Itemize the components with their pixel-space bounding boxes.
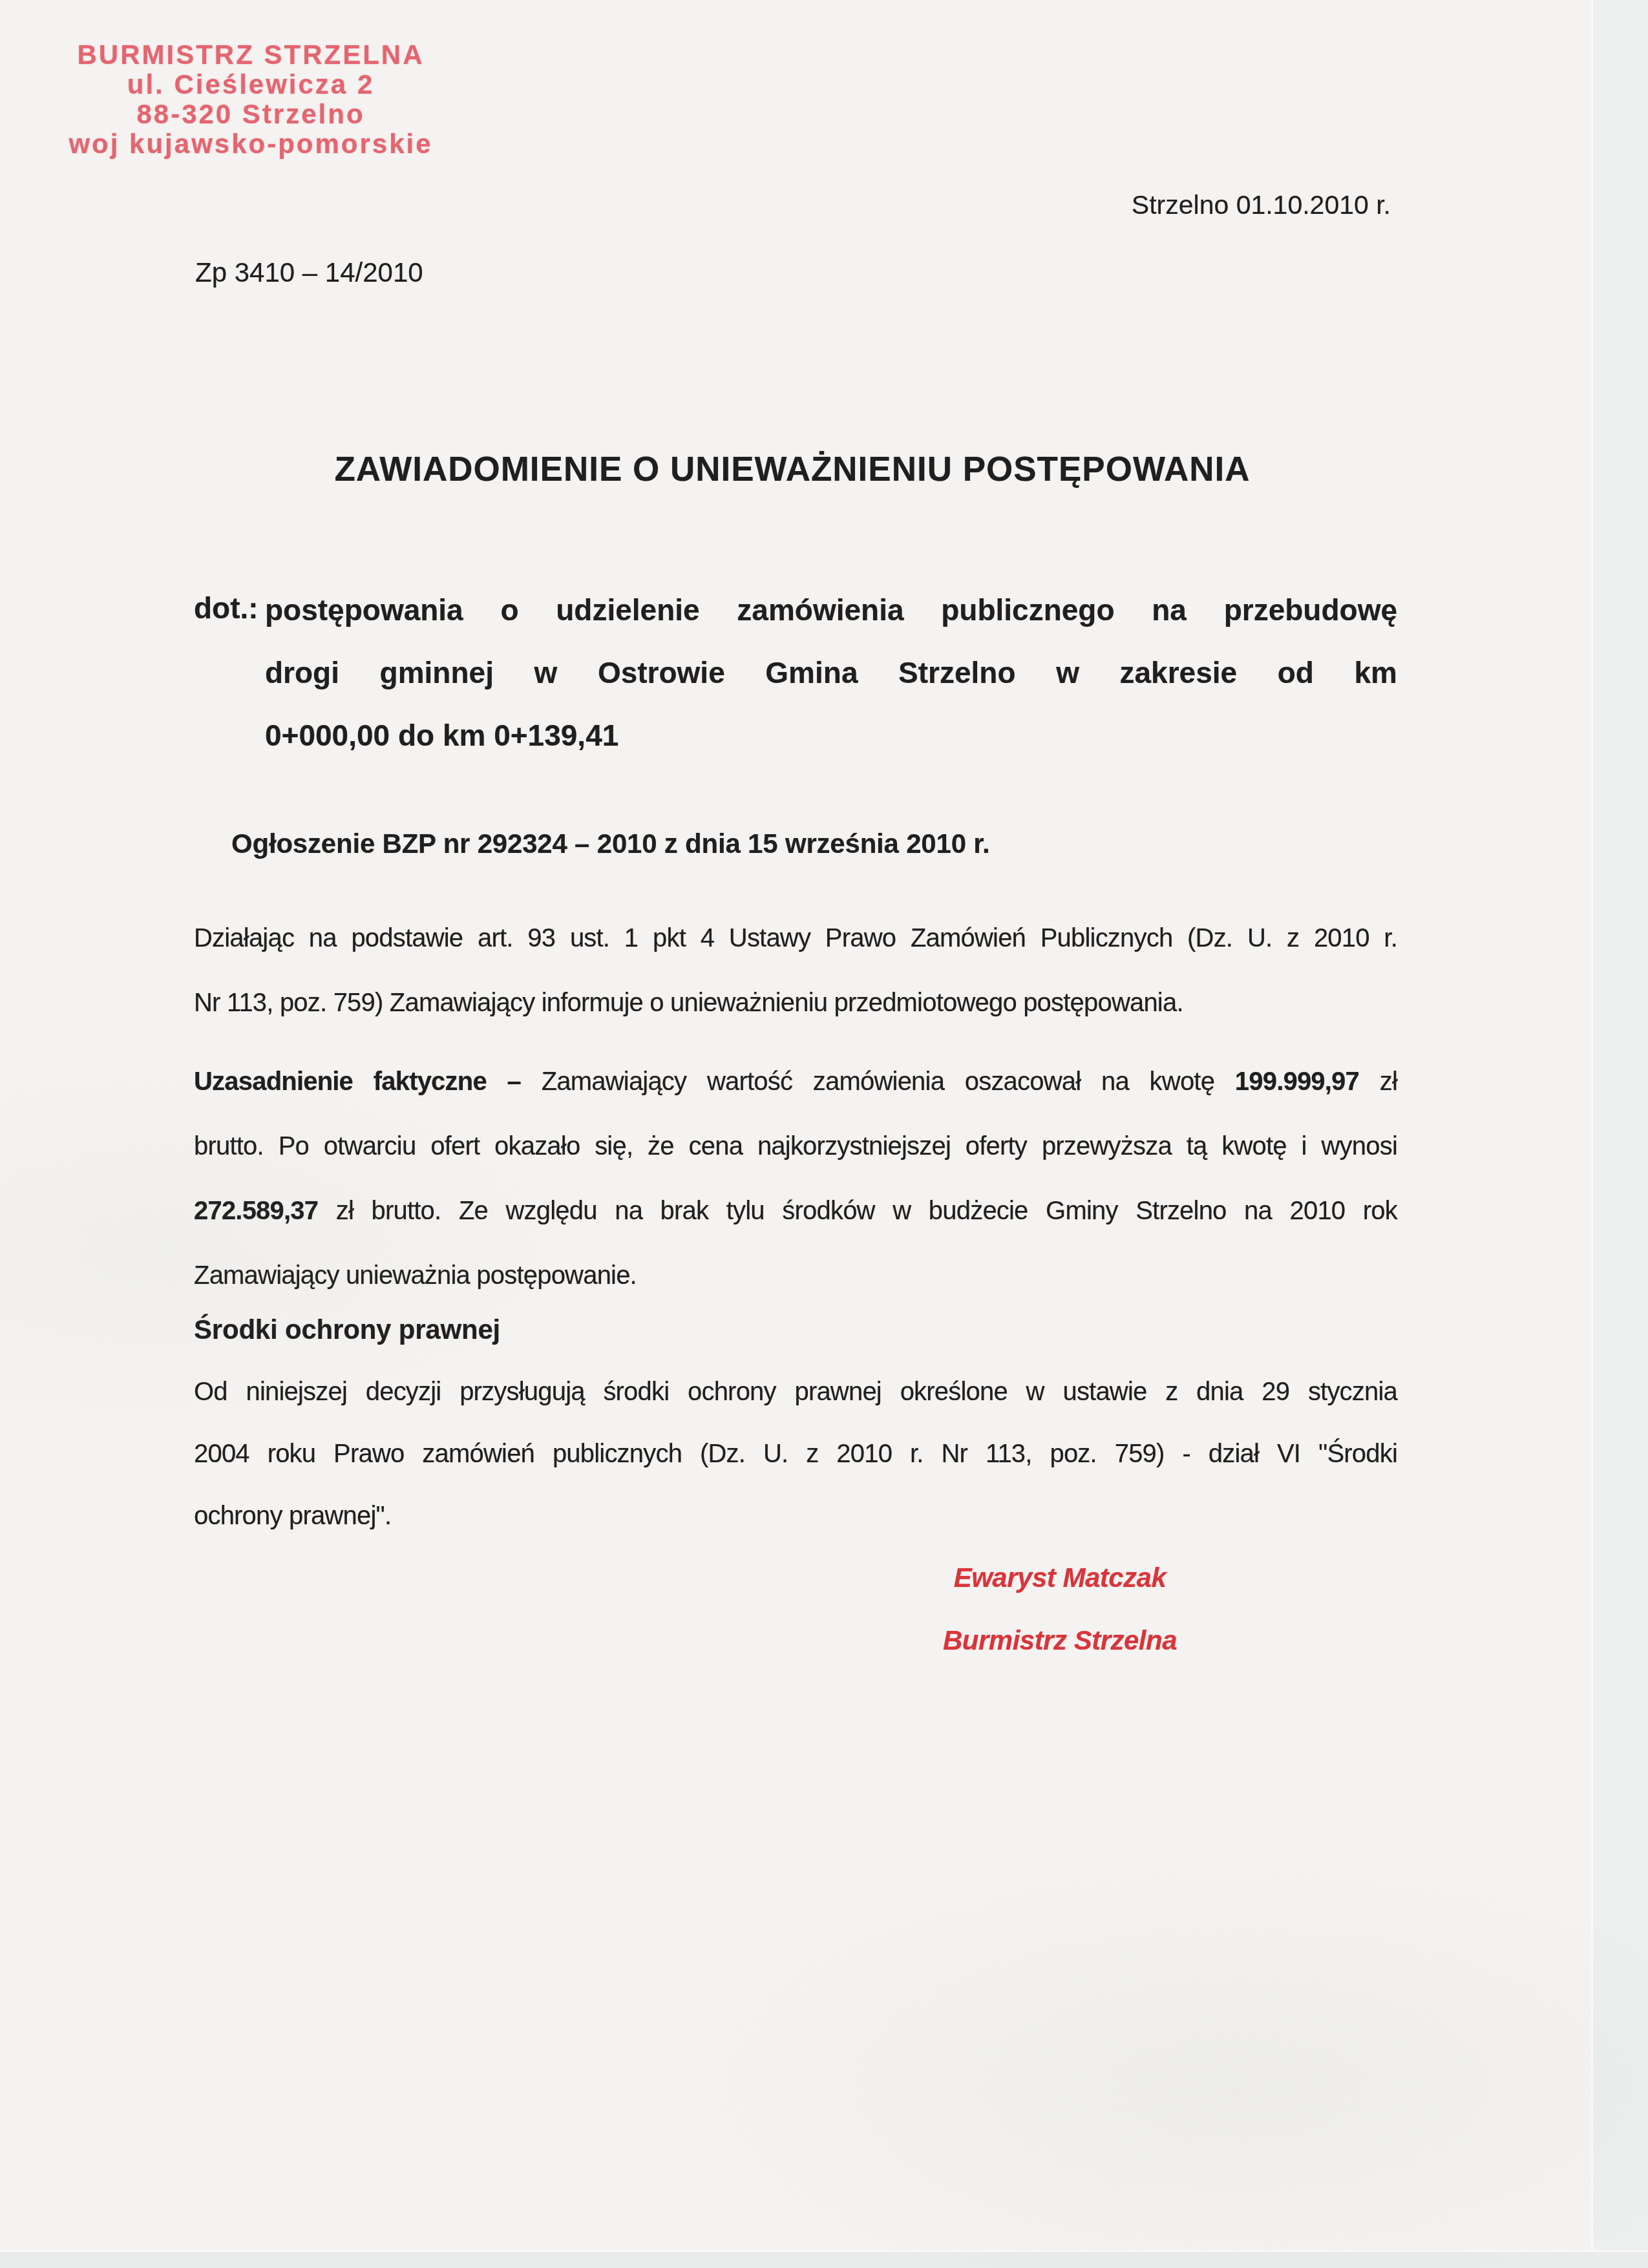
estimated-amount: 199.999,97 xyxy=(1235,1067,1359,1096)
justification-paragraph: Uzasadnienie faktyczne – Zamawiający war… xyxy=(194,1064,1397,1322)
signer-name: Ewaryst Matczak xyxy=(892,1560,1228,1622)
justification-lead: Uzasadnienie faktyczne – xyxy=(194,1067,542,1096)
remedies-section: Środki ochrony prawnej Od niniejszej dec… xyxy=(194,1312,1397,1560)
justification-line-3: 272.589,37 zł brutto. Ze względu na brak… xyxy=(194,1193,1397,1257)
document-page: BURMISTRZ STRZELNA ul. Cieślewicza 2 88-… xyxy=(0,0,1648,2268)
announcement-line: Ogłoszenie BZP nr 292324 – 2010 z dnia 1… xyxy=(231,828,990,859)
currency-unit: zł xyxy=(1359,1067,1397,1096)
stamp-street: ul. Cieślewicza 2 xyxy=(44,70,458,100)
paper-edge-bottom xyxy=(0,2250,1648,2268)
subject-line-3: 0+000,00 do km 0+139,41 xyxy=(265,716,1397,779)
justification-text: Zamawiający wartość zamówienia oszacował… xyxy=(542,1067,1235,1096)
stamp-office-name: BURMISTRZ STRZELNA xyxy=(44,40,458,70)
remedies-line-3: ochrony prawnej". xyxy=(194,1498,1397,1560)
justification-text-3: zł brutto. Ze względu na brak tylu środk… xyxy=(318,1197,1397,1225)
remedies-line-2: 2004 roku Prawo zamówień publicznych (Dz… xyxy=(194,1436,1397,1498)
justification-line-1: Uzasadnienie faktyczne – Zamawiający war… xyxy=(194,1064,1397,1128)
paper-edge-right xyxy=(1591,0,1648,2268)
stamp-city: 88-320 Strzelno xyxy=(44,100,458,129)
legal-basis-line-1: Działając na podstawie art. 93 ust. 1 pk… xyxy=(194,920,1397,985)
subject-block: dot.: postępowania o udzielenie zamówien… xyxy=(194,591,1397,779)
remedies-heading: Środki ochrony prawnej xyxy=(194,1312,1397,1374)
legal-basis-paragraph: Działając na podstawie art. 93 ust. 1 pk… xyxy=(194,920,1397,1049)
subject-label: dot.: xyxy=(194,591,259,625)
signer-title: Burmistrz Strzelna xyxy=(892,1622,1228,1685)
subject-line-1: postępowania o udzielenie zamówienia pub… xyxy=(265,591,1397,653)
signature-block: Ewaryst Matczak Burmistrz Strzelna xyxy=(892,1560,1228,1685)
legal-basis-line-2: Nr 113, poz. 759) Zamawiający informuje … xyxy=(194,985,1397,1049)
document-title: ZAWIADOMIENIE O UNIEWAŻNIENIU POSTĘPOWAN… xyxy=(0,450,1585,489)
reference-number: Zp 3410 – 14/2010 xyxy=(195,257,423,288)
offer-amount: 272.589,37 xyxy=(194,1197,318,1225)
subject-line-2: drogi gminnej w Ostrowie Gmina Strzelno … xyxy=(265,653,1397,716)
stamp-region: woj kujawsko-pomorskie xyxy=(44,129,458,159)
justification-line-2: brutto. Po otwarciu ofert okazało się, ż… xyxy=(194,1128,1397,1193)
sender-stamp: BURMISTRZ STRZELNA ul. Cieślewicza 2 88-… xyxy=(44,40,458,159)
place-date: Strzelno 01.10.2010 r. xyxy=(1132,190,1391,220)
remedies-line-1: Od niniejszej decyzji przysługują środki… xyxy=(194,1374,1397,1436)
